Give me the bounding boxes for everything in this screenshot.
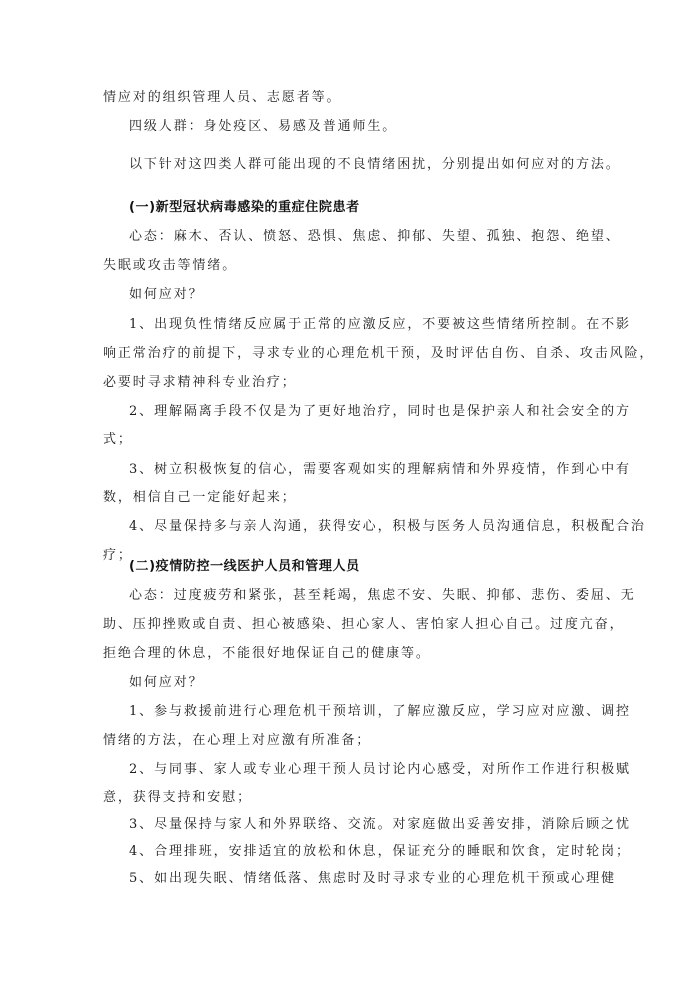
section1-item2: 2、理解隔离手段不仅是为了更好地治疗，同时也是保护亲人和社会安全的方: [129, 403, 599, 421]
section2-mindset: 心态：过度疲劳和紧张，甚至耗竭，焦虑不安、失眠、抑郁、悲伤、委屈、无: [129, 587, 599, 605]
section2-item4: 4、合理排班，安排适宜的放松和休息，保证充分的睡眠和饮食，定时轮岗；: [129, 843, 631, 861]
section2-mindset-cont2: 拒绝合理的休息，不能很好地保证自己的健康等。: [103, 645, 431, 663]
section1-mindset-cont: 失眠或攻击等情绪。: [103, 257, 237, 275]
section1-mindset: 心态：麻木、否认、愤怒、恐惧、焦虑、抑郁、失望、孤独、抱怨、绝望、: [129, 228, 599, 246]
section1-item3-cont: 数，相信自己一定能好起来；: [103, 489, 297, 507]
section2-heading: (二)疫情防控一线医护人员和管理人员: [129, 558, 360, 576]
section1-how-to: 如何应对？: [129, 286, 204, 304]
section2-item3: 3、尽量保持与家人和外界联络、交流。对家庭做出妥善安排，消除后顾之忧: [129, 816, 599, 834]
section1-item2-cont: 式；: [103, 431, 133, 449]
section2-mindset-cont: 助、压抑挫败或自责、担心被感染、担心家人、害怕家人担心自己。过度亢奋，: [103, 616, 599, 634]
section2-how-to: 如何应对？: [129, 674, 204, 692]
section1-item1-cont2: 必要时寻求精神科专业治疗；: [103, 374, 297, 392]
section2-item1-cont: 情绪的方法，在心理上对应激有所准备；: [103, 732, 371, 750]
section2-item1: 1、参与救援前进行心理危机干预培训，了解应激反应，学习应对应激、调控: [129, 703, 599, 721]
intro-continuation: 情应对的组织管理人员、志愿者等。: [103, 89, 341, 107]
section2-item2-cont: 意，获得支持和安慰；: [103, 789, 252, 807]
section2-item2: 2、与同事、家人或专业心理干预人员讨论内心感受，对所作工作进行积极赋: [129, 761, 599, 779]
section1-item1: 1、出现负性情绪反应属于正常的应激反应，不要被这些情绪所控制。在不影: [129, 316, 599, 334]
intro-summary: 以下针对这四类人群可能出现的不良情绪困扰，分别提出如何应对的方法。: [129, 156, 621, 174]
section2-item5: 5、如出现失眠、情绪低落、焦虑时及时寻求专业的心理危机干预或心理健: [129, 870, 599, 888]
level4-group: 四级人群：身处疫区、易感及普通师生。: [129, 118, 397, 136]
section1-item3: 3、树立积极恢复的信心，需要客观如实的理解病情和外界疫情，作到心中有: [129, 461, 599, 479]
section1-heading: (一)新型冠状病毒感染的重症住院患者: [129, 199, 360, 217]
section1-item1-cont: 响正常治疗的前提下，寻求专业的心理危机干预，及时评估自伤、自杀、攻击风险，: [103, 345, 599, 363]
section1-item4: 4、尽量保持多与亲人沟通，获得安心，积极与医务人员沟通信息，积极配合治: [129, 518, 599, 536]
